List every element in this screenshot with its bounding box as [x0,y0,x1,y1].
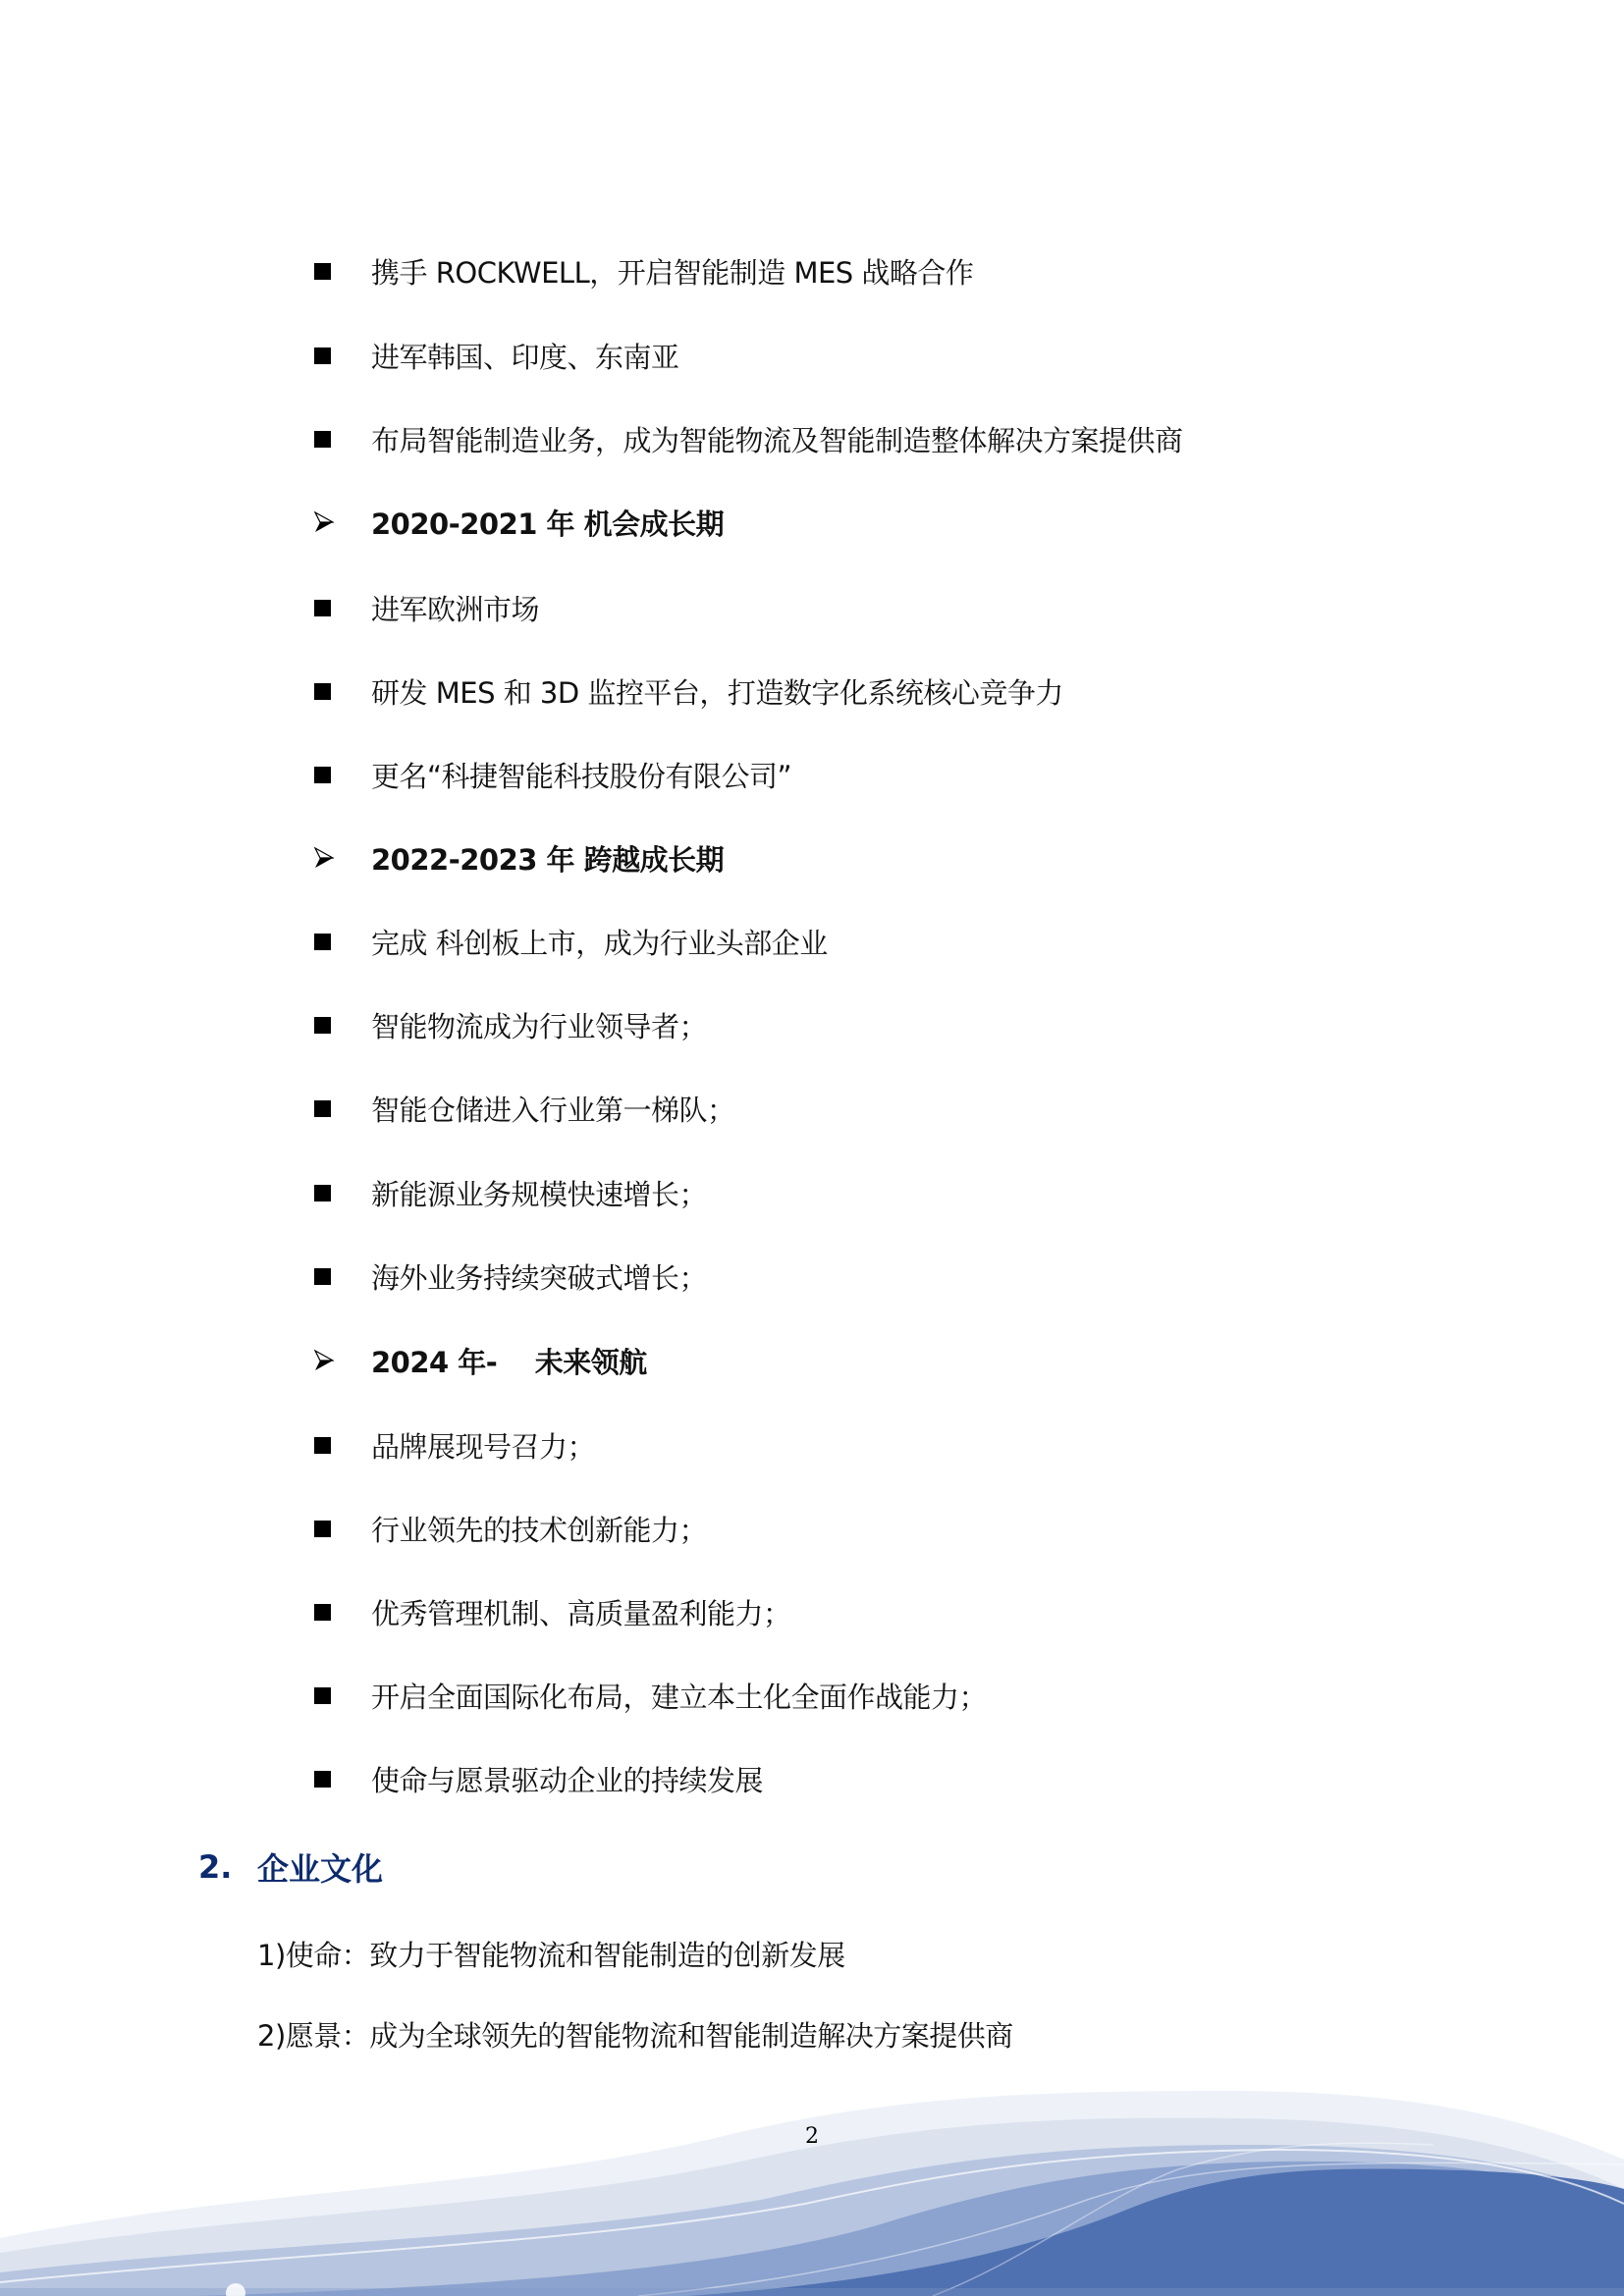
list-item: 开启全面国际化布局，建立本土化全面作战能力； [314,1676,987,1715]
square-bullet-icon [314,1268,371,1285]
list-item: 布局智能制造业务，成为智能物流及智能制造整体解决方案提供商 [314,419,1183,458]
page-number: 2 [800,2124,824,2149]
list-item-text: 智能物流成为行业领导者； [371,1005,707,1045]
list-item: 携手 ROCKWELL，开启智能制造 MES 战略合作 [314,251,973,291]
square-bullet-icon [314,1521,371,1537]
period-heading-text: 2022-2023 年 跨越成长期 [371,838,724,879]
list-item: 品牌展现号召力； [314,1425,595,1465]
square-bullet-icon [314,1604,371,1621]
arrow-bullet-icon [314,847,371,869]
period-heading-text: 2020-2021 年 机会成长期 [371,503,724,543]
square-bullet-icon [314,1437,371,1454]
list-item-text: 海外业务持续突破式增长； [371,1256,707,1297]
document-page: 携手 ROCKWELL，开启智能制造 MES 战略合作 进军韩国、印度、东南亚 … [0,0,1624,2296]
square-bullet-icon [314,1687,371,1704]
timeline-period-heading: 2022-2023 年 跨越成长期 [314,838,724,878]
list-item-text: 完成 科创板上市，成为行业头部企业 [371,922,828,962]
square-bullet-icon [314,1017,371,1034]
list-item-text: 进军韩国、印度、东南亚 [371,336,679,376]
mission-statement: 1)使命：致力于智能物流和智能制造的创新发展 [257,1934,845,1973]
list-item: 进军欧洲市场 [314,588,539,627]
list-item-text: 智能仓储进入行业第一梯队； [371,1089,735,1129]
timeline-period-heading: 2024 年- 未来领航 [314,1341,647,1380]
list-item: 智能仓储进入行业第一梯队； [314,1089,735,1128]
section-heading: 2. 企业文化 [198,1845,383,1889]
list-item-text: 进军欧洲市场 [371,588,539,628]
list-item: 新能源业务规模快速增长； [314,1173,707,1212]
list-item-text: 布局智能制造业务，成为智能物流及智能制造整体解决方案提供商 [371,419,1183,459]
timeline-period-heading: 2020-2021 年 机会成长期 [314,503,724,542]
square-bullet-icon [314,683,371,700]
list-item: 使命与愿景驱动企业的持续发展 [314,1759,763,1798]
list-item-text: 开启全面国际化布局，建立本土化全面作战能力； [371,1676,987,1716]
arrow-bullet-icon [314,1350,371,1371]
square-bullet-icon [314,1185,371,1201]
list-item-text: 新能源业务规模快速增长； [371,1173,707,1213]
list-item: 优秀管理机制、高质量盈利能力； [314,1592,791,1631]
list-item: 行业领先的技术创新能力； [314,1509,707,1548]
section-number: 2. [198,1848,257,1886]
footer-wave-decoration [0,2042,1624,2296]
list-item-text: 更名“科捷智能科技股份有限公司” [371,755,791,795]
square-bullet-icon [314,934,371,950]
list-item-text: 品牌展现号召力； [371,1425,595,1466]
square-bullet-icon [314,263,371,280]
list-item-text: 研发 MES 和 3D 监控平台，打造数字化系统核心竞争力 [371,671,1063,712]
list-item: 进军韩国、印度、东南亚 [314,336,679,375]
list-item: 更名“科捷智能科技股份有限公司” [314,755,791,794]
square-bullet-icon [314,767,371,783]
square-bullet-icon [314,1100,371,1117]
list-item-text: 行业领先的技术创新能力； [371,1509,707,1549]
period-heading-text: 2024 年- 未来领航 [371,1341,647,1381]
list-item-text: 携手 ROCKWELL，开启智能制造 MES 战略合作 [371,251,973,292]
list-item: 研发 MES 和 3D 监控平台，打造数字化系统核心竞争力 [314,671,1063,711]
arrow-bullet-icon [314,511,371,533]
square-bullet-icon [314,347,371,364]
square-bullet-icon [314,431,371,448]
square-bullet-icon [314,600,371,616]
list-item-text: 优秀管理机制、高质量盈利能力； [371,1592,791,1632]
list-item: 海外业务持续突破式增长； [314,1256,707,1296]
list-item-text: 使命与愿景驱动企业的持续发展 [371,1759,763,1799]
section-title: 企业文化 [257,1844,383,1890]
list-item: 完成 科创板上市，成为行业头部企业 [314,922,828,961]
square-bullet-icon [314,1771,371,1788]
list-item: 智能物流成为行业领导者； [314,1005,707,1044]
